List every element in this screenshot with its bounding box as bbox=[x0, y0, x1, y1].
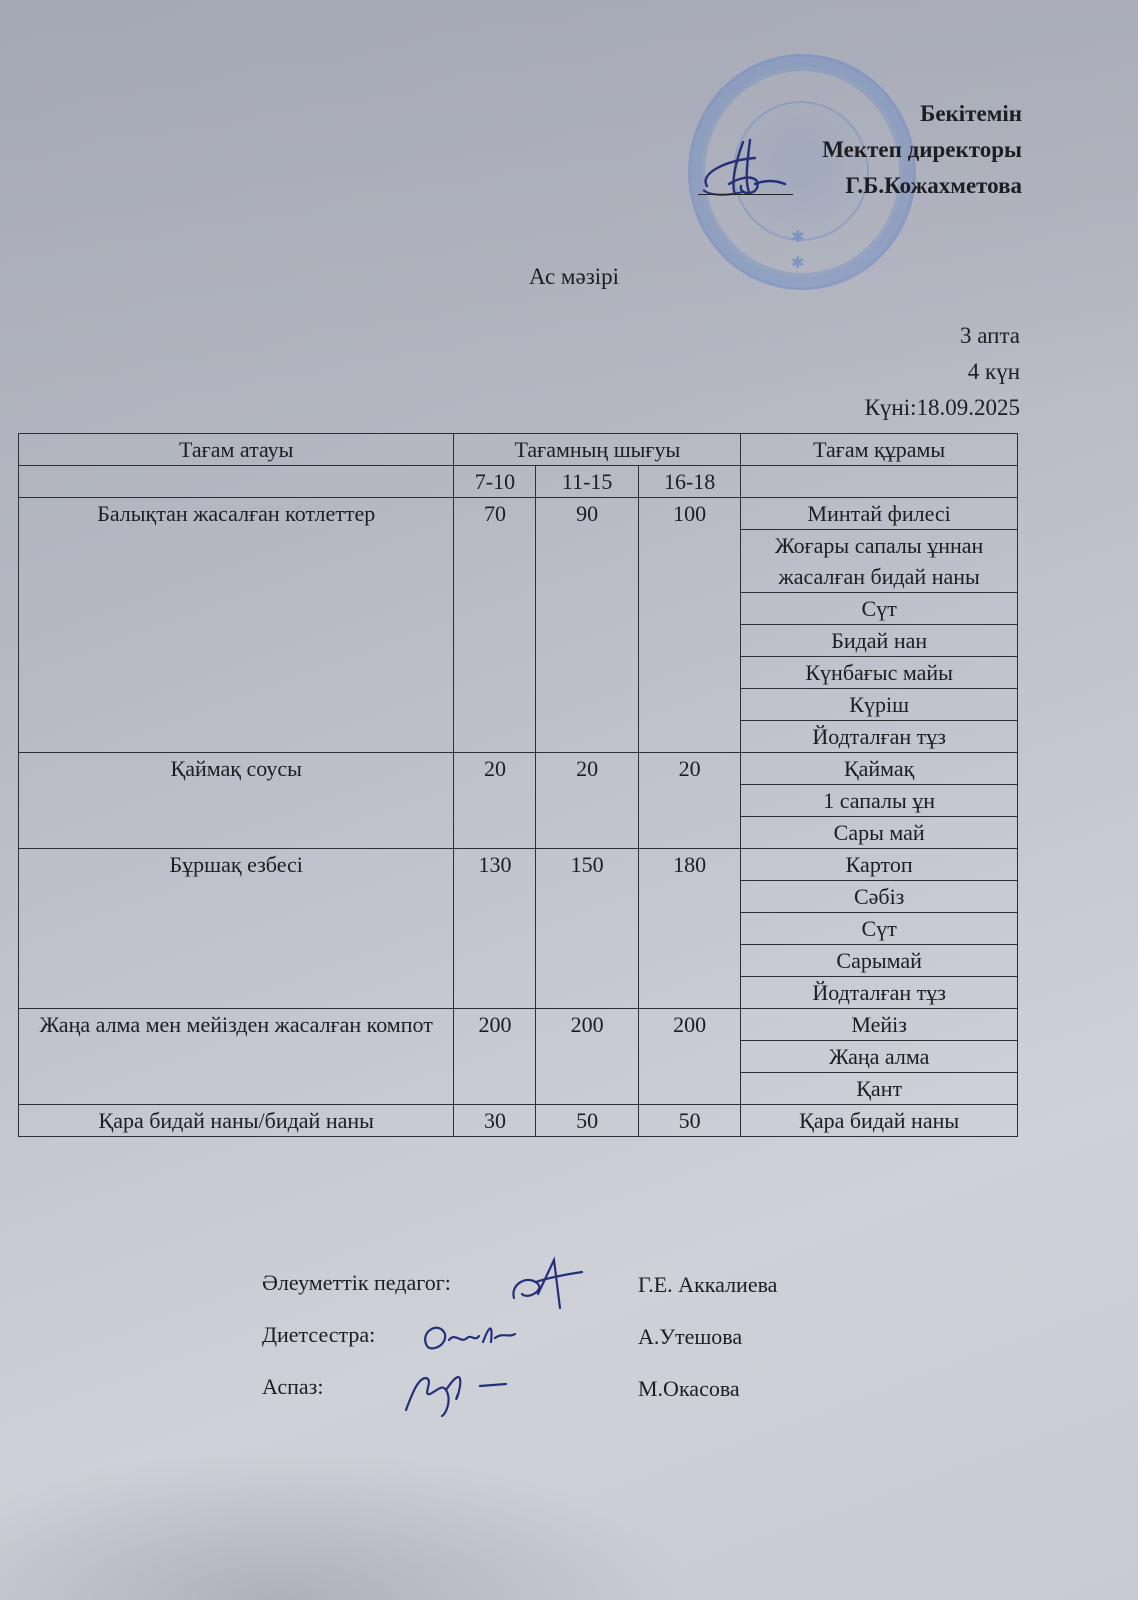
stamp-star-icon: ✱ bbox=[791, 227, 804, 247]
dish-name: Қара бидай наны/бидай наны bbox=[19, 1105, 454, 1137]
approval-position: Мектеп директоры bbox=[822, 132, 1022, 168]
menu-table: Тағам атауы Тағамның шығуы Тағам құрамы … bbox=[18, 433, 1018, 1137]
menu-date: Күні:18.09.2025 bbox=[865, 390, 1020, 426]
signature-name: Г.Е. Аккалиева bbox=[638, 1272, 777, 1298]
table-subheader-row: 7-10 11-15 16-18 bbox=[19, 466, 1018, 498]
approval-block: Бекітемін Мектеп директоры Г.Б.Кожахмето… bbox=[822, 96, 1022, 204]
header-age-7-10: 7-10 bbox=[454, 466, 536, 498]
signature-dietitian-icon bbox=[417, 1316, 537, 1360]
ingredient: Бидай нан bbox=[741, 625, 1018, 657]
photo-shadow-bottom bbox=[0, 1450, 700, 1600]
menu-day: 4 күн bbox=[865, 354, 1020, 390]
approval-director-name: Г.Б.Кожахметова bbox=[822, 168, 1022, 204]
portion-value: 200 bbox=[638, 1009, 740, 1105]
portion-value: 200 bbox=[454, 1009, 536, 1105]
menu-meta: 3 апта 4 күн Күні:18.09.2025 bbox=[865, 318, 1020, 426]
portion-value: 130 bbox=[454, 849, 536, 1009]
table-row: Жаңа алма мен мейізден жасалған компот20… bbox=[19, 1009, 1018, 1041]
header-age-11-15: 11-15 bbox=[536, 466, 638, 498]
page-title: Ас мәзірі bbox=[0, 264, 1138, 290]
ingredient: Қаймақ bbox=[741, 753, 1018, 785]
portion-value: 70 bbox=[454, 498, 536, 753]
dish-name: Жаңа алма мен мейізден жасалған компот bbox=[19, 1009, 454, 1105]
portion-value: 150 bbox=[536, 849, 638, 1009]
portion-value: 20 bbox=[536, 753, 638, 849]
portion-value: 20 bbox=[454, 753, 536, 849]
subheader-empty bbox=[741, 466, 1018, 498]
table-row: Қара бидай наны/бидай наны305050Қара бид… bbox=[19, 1105, 1018, 1137]
portion-value: 180 bbox=[638, 849, 740, 1009]
page-title-text: Ас мәзірі bbox=[529, 264, 619, 289]
table-row: Балықтан жасалған котлеттер7090100Минтай… bbox=[19, 498, 1018, 530]
ingredient: Күріш bbox=[741, 689, 1018, 721]
ingredient: Қант bbox=[741, 1073, 1018, 1105]
signature-role: Аспаз: bbox=[262, 1374, 323, 1400]
ingredient: Күнбағыс майы bbox=[741, 657, 1018, 689]
header-dish: Тағам атауы bbox=[19, 434, 454, 466]
table-row: Бұршақ езбесі130150180Картоп bbox=[19, 849, 1018, 881]
signature-name: А.Утешова bbox=[638, 1324, 742, 1350]
ingredient: Жаңа алма bbox=[741, 1041, 1018, 1073]
portion-value: 200 bbox=[536, 1009, 638, 1105]
header-composition: Тағам құрамы bbox=[741, 434, 1018, 466]
approval-label: Бекітемін bbox=[822, 96, 1022, 132]
portion-value: 30 bbox=[454, 1105, 536, 1137]
ingredient: Сәбіз bbox=[741, 881, 1018, 913]
portion-value: 50 bbox=[638, 1105, 740, 1137]
signature-role: Әлеуметтік педагог: bbox=[262, 1270, 451, 1296]
ingredient: Мейіз bbox=[741, 1009, 1018, 1041]
signature-name: М.Окасова bbox=[638, 1376, 740, 1402]
ingredient: 1 сапалы ұн bbox=[741, 785, 1018, 817]
ingredient: Сүт bbox=[741, 593, 1018, 625]
signature-cook-icon bbox=[402, 1364, 532, 1420]
table-body: Балықтан жасалған котлеттер7090100Минтай… bbox=[19, 498, 1018, 1137]
portion-value: 20 bbox=[638, 753, 740, 849]
ingredient: Йодталған тұз bbox=[741, 721, 1018, 753]
signature-pedagog-icon bbox=[508, 1254, 588, 1314]
ingredient: Йодталған тұз bbox=[741, 977, 1018, 1009]
dish-name: Балықтан жасалған котлеттер bbox=[19, 498, 454, 753]
table-row: Қаймақ соусы202020Қаймақ bbox=[19, 753, 1018, 785]
ingredient: Қара бидай наны bbox=[741, 1105, 1018, 1137]
table-header-row: Тағам атауы Тағамның шығуы Тағам құрамы bbox=[19, 434, 1018, 466]
ingredient: Минтай филесі bbox=[741, 498, 1018, 530]
portion-value: 100 bbox=[638, 498, 740, 753]
ingredient: Картоп bbox=[741, 849, 1018, 881]
header-age-16-18: 16-18 bbox=[638, 466, 740, 498]
portion-value: 90 bbox=[536, 498, 638, 753]
ingredient: Жоғары сапалы ұннан жасалған бидай наны bbox=[741, 530, 1018, 593]
signature-role: Диетсестра: bbox=[262, 1322, 375, 1348]
ingredient: Сүт bbox=[741, 913, 1018, 945]
subheader-empty bbox=[19, 466, 454, 498]
header-yield: Тағамның шығуы bbox=[454, 434, 741, 466]
ingredient: Сары май bbox=[741, 817, 1018, 849]
dish-name: Қаймақ соусы bbox=[19, 753, 454, 849]
director-signature-line bbox=[698, 194, 793, 195]
portion-value: 50 bbox=[536, 1105, 638, 1137]
dish-name: Бұршақ езбесі bbox=[19, 849, 454, 1009]
menu-week: 3 апта bbox=[865, 318, 1020, 354]
ingredient: Сарымай bbox=[741, 945, 1018, 977]
